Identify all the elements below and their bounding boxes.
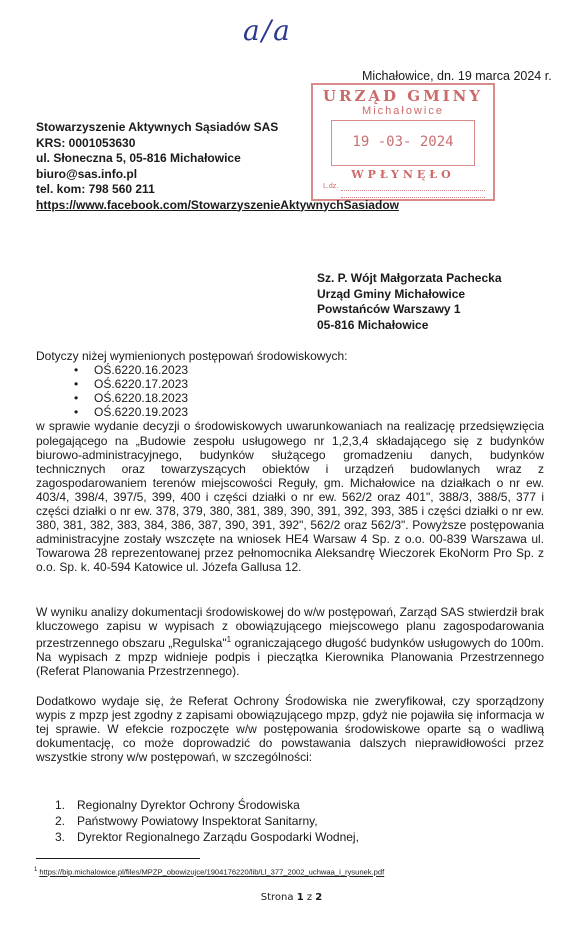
footnote-link[interactable]: https://bip.michalowice.pl/files/MPZP_ob… <box>39 868 384 877</box>
case-item: OŚ.6220.16.2023 <box>74 363 544 377</box>
paragraph-additional: Dodatkowo wydaje się, że Referat Ochrony… <box>36 694 544 764</box>
sender-facebook-link[interactable]: https://www.facebook.com/StowarzyszenieA… <box>36 198 399 212</box>
stamp-title: URZĄD GMINY <box>313 87 493 105</box>
sender-block: Stowarzyszenie Aktywnych Sąsiadów SAS KR… <box>36 120 399 213</box>
party-item: 3.Dyrektor Regionalnego Zarządu Gospodar… <box>55 829 359 845</box>
date-line: Michałowice, dn. 19 marca 2024 r. <box>362 69 552 83</box>
case-item: OŚ.6220.17.2023 <box>74 377 544 391</box>
case-list: OŚ.6220.16.2023 OŚ.6220.17.2023 OŚ.6220.… <box>36 363 544 419</box>
sender-name: Stowarzyszenie Aktywnych Sąsiadów SAS <box>36 120 399 136</box>
recipient-line: Sz. P. Wójt Małgorzata Pachecka <box>317 271 502 287</box>
handwritten-mark: a/a <box>243 14 292 47</box>
recipient-line: Powstańców Warszawy 1 <box>317 302 502 318</box>
matter-text: w sprawie wydanie decyzji o środowiskowy… <box>36 419 544 574</box>
parties-list: 1.Regionalny Dyrektor Ochrony Środowiska… <box>55 797 359 845</box>
footnote: 1https://bip.michalowice.pl/files/MPZP_o… <box>34 867 384 877</box>
sender-address: ul. Słoneczna 5, 05-816 Michałowice <box>36 151 399 167</box>
sender-krs: KRS: 0001053630 <box>36 136 399 152</box>
recipient-line: Urząd Gminy Michałowice <box>317 287 502 303</box>
subject-section: Dotyczy niżej wymienionych postępowań śr… <box>36 349 544 575</box>
party-item: 1.Regionalny Dyrektor Ochrony Środowiska <box>55 797 359 813</box>
stamp-city: Michałowice <box>313 105 493 117</box>
case-item: OŚ.6220.19.2023 <box>74 405 544 419</box>
page-number: Strona 1 z 2 <box>0 892 583 903</box>
recipient-block: Sz. P. Wójt Małgorzata Pachecka Urząd Gm… <box>317 271 502 333</box>
footnote-marker: 1 <box>34 867 37 873</box>
case-item: OŚ.6220.18.2023 <box>74 391 544 405</box>
recipient-line: 05-816 Michałowice <box>317 318 502 334</box>
sender-email: biuro@sas.info.pl <box>36 167 399 183</box>
intro-text: Dotyczy niżej wymienionych postępowań śr… <box>36 349 544 363</box>
sender-phone: tel. kom: 798 560 211 <box>36 182 399 198</box>
party-item: 2.Państwowy Powiatowy Inspektorat Sanita… <box>55 813 359 829</box>
footnote-separator <box>36 858 200 859</box>
paragraph-analysis: W wyniku analizy dokumentacji środowisko… <box>36 605 544 678</box>
